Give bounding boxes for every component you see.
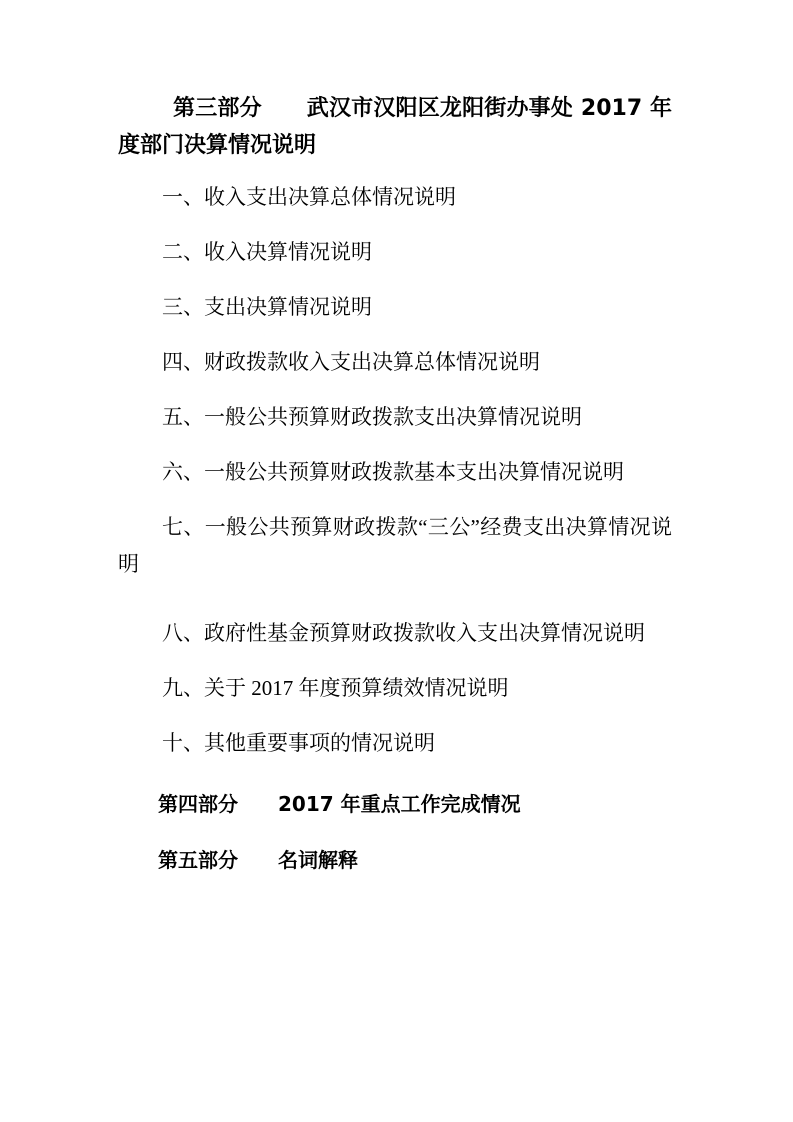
toc-item-fiscal-allocation-overall: 四、财政拨款收入支出决算总体情况说明 bbox=[118, 344, 672, 381]
part3-heading: 第三部分武汉市汉阳区龙阳街办事处 2017 年度部门决算情况说明 bbox=[118, 90, 672, 164]
part5-heading-label: 第五部分 bbox=[158, 848, 238, 872]
toc-item-general-public-budget-expense: 五、一般公共预算财政拨款支出决算情况说明 bbox=[118, 399, 672, 436]
part5-heading: 第五部分名词解释 bbox=[118, 842, 672, 879]
part4-heading-title: 2017 年重点工作完成情况 bbox=[278, 792, 521, 816]
toc-item-budget-performance: 九、关于 2017 年度预算绩效情况说明 bbox=[118, 670, 672, 707]
toc-item-income-expense-overall: 一、收入支出决算总体情况说明 bbox=[118, 179, 672, 216]
toc-item-expense: 三、支出决算情况说明 bbox=[118, 289, 672, 326]
toc-item-other-important-matters: 十、其他重要事项的情况说明 bbox=[118, 725, 672, 762]
toc-item-government-fund-budget: 八、政府性基金预算财政拨款收入支出决算情况说明 bbox=[118, 615, 672, 652]
toc-item-income: 二、收入决算情况说明 bbox=[118, 234, 672, 271]
toc-item-three-public-funds: 七、一般公共预算财政拨款“三公”经费支出决算情况说明 bbox=[118, 509, 672, 583]
part4-heading: 第四部分2017 年重点工作完成情况 bbox=[118, 786, 672, 823]
part5-heading-title: 名词解释 bbox=[278, 848, 358, 872]
part4-heading-label: 第四部分 bbox=[158, 792, 238, 816]
part3-heading-label: 第三部分 bbox=[173, 96, 262, 121]
toc-item-general-public-budget-basic-expense: 六、一般公共预算财政拨款基本支出决算情况说明 bbox=[118, 454, 672, 491]
document-page: 第三部分武汉市汉阳区龙阳街办事处 2017 年度部门决算情况说明 一、收入支出决… bbox=[0, 0, 793, 1122]
page-content: 第三部分武汉市汉阳区龙阳街办事处 2017 年度部门决算情况说明 一、收入支出决… bbox=[118, 90, 672, 898]
